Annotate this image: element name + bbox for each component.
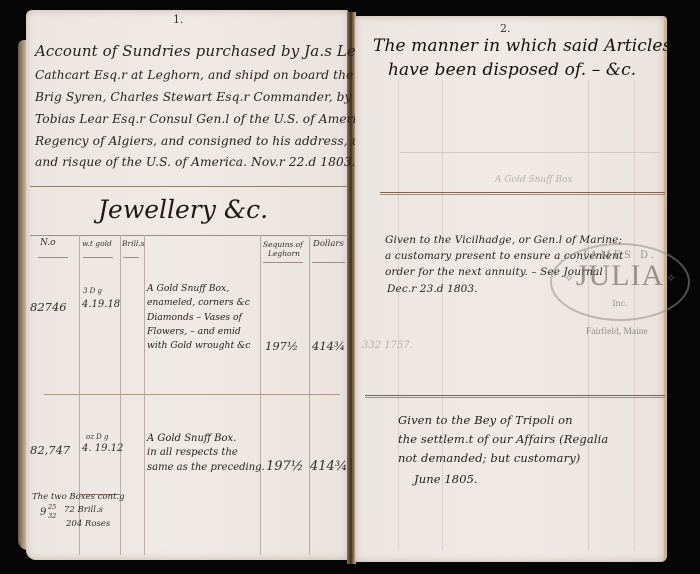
header-underline [38, 257, 68, 258]
item-sequins: 197½ [266, 459, 303, 474]
header-underline [263, 262, 303, 263]
description-line: in all respects the [147, 446, 265, 460]
item-weight: 4. 19.12 [82, 443, 123, 454]
right-page-number: 2. [500, 22, 511, 35]
column-divider [144, 235, 145, 555]
item-dollars: 414¾ [310, 459, 347, 474]
heading-divider [30, 186, 348, 187]
bleed-through-text: 332 1757. [362, 340, 413, 351]
star-icon: ✧ [666, 271, 676, 285]
header-underline [83, 257, 113, 258]
heading-line: Brig Syren, Charles Stewart Esq.r Comman… [35, 87, 409, 109]
col-header-brilliants: Brill.s [122, 239, 145, 248]
col-header-weight: w.t gold [82, 239, 112, 248]
footnote-line: The two Boxes cont.g [32, 492, 125, 502]
table-top-rule [30, 235, 348, 236]
auction-house-watermark: JAMES D. ✧ JULIA ✧ Inc. [550, 243, 690, 321]
item-description: A Gold Snuff Box, enameled, corners &c D… [147, 282, 250, 353]
col-header-sequins: Sequins of [263, 240, 303, 249]
entry-divider [380, 192, 665, 195]
weight-units: oz D g [86, 433, 108, 441]
watermark-location-text: Fairfield, Maine [586, 327, 648, 337]
description-line: enameled, corners &c [147, 296, 250, 310]
heading-line: The manner in which said Articles [373, 36, 671, 58]
heading-line: have been disposed of. – &c. [388, 60, 636, 82]
col-header-sequins-2: Leghorn [268, 249, 300, 258]
item-number: 82,747 [30, 443, 70, 457]
watermark-inc-text: Inc. [552, 299, 688, 308]
description-line: A Gold Snuff Box, [147, 282, 250, 296]
item-sequins: 197½ [265, 339, 298, 353]
entry-line: Given to the Vicilhadge, or Gen.l of Mar… [385, 232, 622, 248]
header-underline [312, 262, 345, 263]
entry-line: Dec.r 23.d 1803. [387, 281, 478, 297]
entry-line: June 1805. [414, 470, 478, 488]
entry-divider [365, 395, 665, 398]
description-line: same as the preceding. [147, 461, 265, 475]
heading-line: and risque of the U.S. of America. Nov.r… [35, 152, 356, 174]
column-divider [309, 235, 310, 555]
col-header-number: N.o [40, 239, 56, 248]
left-page-number: 1. [173, 13, 184, 26]
heading-line: Cathcart Esq.r at Leghorn, and shipd on … [35, 65, 383, 87]
bleed-through-text: A Gold Snuff Box [495, 175, 573, 185]
faint-rule [400, 152, 660, 153]
description-line: Flowers, – and emid [147, 325, 250, 339]
entry-line: Given to the Bey of Tripoli on [398, 411, 573, 429]
column-divider [398, 80, 399, 550]
column-divider [120, 235, 121, 555]
heading-line: Account of Sundries purchased by Ja.s Le… [35, 41, 401, 63]
row-divider [44, 394, 340, 395]
column-divider [260, 235, 261, 555]
weight-units: 3 D g [83, 287, 102, 295]
footnote-roses: 204 Roses [66, 519, 110, 529]
footnote-weight-whole: 9 [40, 507, 46, 518]
col-header-dollars: Dollars [313, 240, 344, 249]
footnote-weight-num: 25 [48, 503, 56, 511]
item-dollars: 414¾ [312, 339, 345, 353]
header-underline [123, 257, 139, 258]
item-number: 82746 [30, 300, 67, 314]
section-title: Jewellery &c. [98, 195, 268, 224]
footnote-brilliants: 72 Brill.s [64, 505, 103, 515]
item-description: A Gold Snuff Box. in all respects the sa… [147, 432, 265, 475]
entry-line: the settlem.t of our Affairs (Regalia [398, 430, 608, 448]
footnote-weight-den: 32 [48, 512, 56, 520]
entry-line: not demanded; but customary) [398, 449, 580, 467]
description-line: Diamonds – Vases of [147, 311, 250, 325]
item-weight: 4.19.18 [82, 299, 120, 310]
description-line: A Gold Snuff Box. [147, 432, 265, 446]
description-line: with Gold wrought &c [147, 339, 250, 353]
